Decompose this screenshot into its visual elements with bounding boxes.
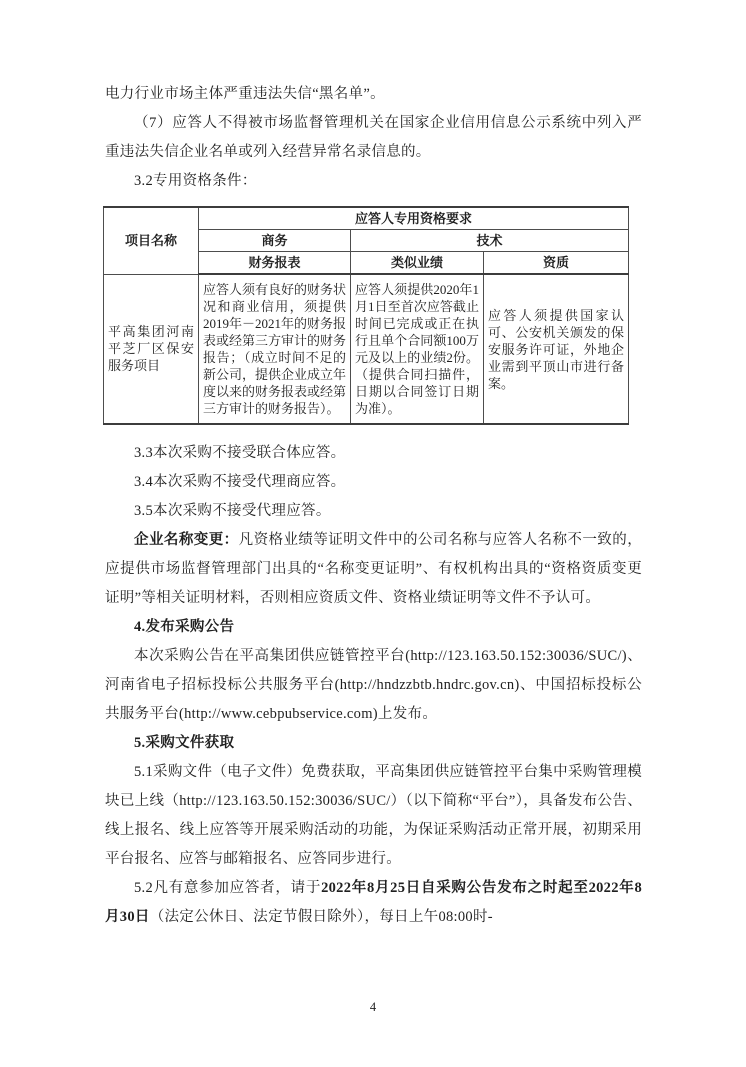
para-5-2: 5.2凡有意参加应答者，请于2022年8月25日自采购公告发布之时起至2022年… <box>105 874 642 932</box>
th-similar-performance: 类似业绩 <box>351 252 484 275</box>
table-data-row: 平高集团河南平芝厂区保安服务项目 应答人须有良好的财务状况和商业信用，须提供20… <box>104 274 629 424</box>
para-5-2-suffix: （法定公休日、法定节假日除外），每日上午08:00时- <box>150 909 493 925</box>
document-page: 电力行业市场主体严重违法失信“黑名单”。 （7）应答人不得被市场监督管理机关在国… <box>0 0 746 1067</box>
company-rename-label: 企业名称变更： <box>134 532 239 548</box>
th-technical: 技术 <box>351 230 629 252</box>
cell-similar-performance: 应答人须提供2020年1月1日至首次应答截止时间已完成或正在执行且单个合同额10… <box>351 274 484 424</box>
th-business: 商务 <box>199 230 351 252</box>
para-3-3: 3.3本次采购不接受联合体应答。 <box>105 439 642 468</box>
document-content: 电力行业市场主体严重违法失信“黑名单”。 （7）应答人不得被市场监督管理机关在国… <box>105 80 642 932</box>
para-3-4: 3.4本次采购不接受代理商应答。 <box>105 468 642 497</box>
para-blacklist: 电力行业市场主体严重违法失信“黑名单”。 <box>105 80 642 109</box>
th-financial-statements: 财务报表 <box>199 252 351 275</box>
para-3-5: 3.5本次采购不接受代理应答。 <box>105 497 642 526</box>
heading-3-2: 3.2专用资格条件： <box>105 167 642 196</box>
heading-4-announcement: 4.发布采购公告 <box>105 613 642 642</box>
para-item-7: （7）应答人不得被市场监督管理机关在国家企业信用信息公示系统中列入严重违法失信企… <box>105 109 642 167</box>
cell-qualification: 应答人须提供国家认可、公安机关颁发的保安服务许可证，外地企业需到平顶山市进行备案… <box>484 274 629 424</box>
para-5-1: 5.1采购文件（电子文件）免费获取，平高集团供应链管控平台集中采购管理模块已上线… <box>105 758 642 874</box>
cell-project-name: 平高集团河南平芝厂区保安服务项目 <box>104 274 199 424</box>
para-announcement-platforms: 本次采购公告在平高集团供应链管控平台(http://123.163.50.152… <box>105 642 642 729</box>
heading-5-document-acquisition: 5.采购文件获取 <box>105 729 642 758</box>
para-5-2-prefix: 5.2凡有意参加应答者，请于 <box>134 880 321 896</box>
page-number: 4 <box>0 1000 746 1015</box>
th-qualification: 资质 <box>484 252 629 275</box>
th-project-name: 项目名称 <box>104 207 199 274</box>
qualification-table: 项目名称 应答人专用资格要求 商务 技术 财务报表 类似业绩 资质 平高集团河南… <box>103 206 629 425</box>
cell-financial-statements: 应答人须有良好的财务状况和商业信用，须提供2019年－2021年的财务报表或经第… <box>199 274 351 424</box>
table-header-row-1: 项目名称 应答人专用资格要求 <box>104 207 629 230</box>
para-company-rename: 企业名称变更：凡资格业绩等证明文件中的公司名称与应答人名称不一致的，应提供市场监… <box>105 526 642 613</box>
th-bidder-requirements: 应答人专用资格要求 <box>199 207 629 230</box>
